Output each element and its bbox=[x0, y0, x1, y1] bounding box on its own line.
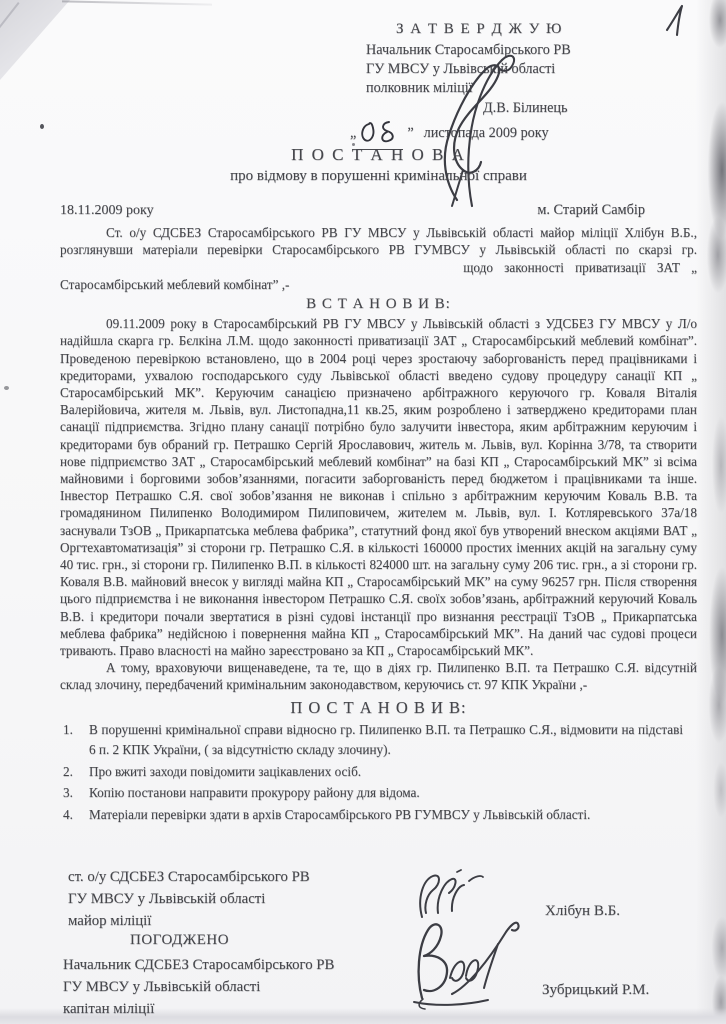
item-number: 2. bbox=[60, 762, 89, 783]
chief-position-line: ГУ МВСУ у Львівській області bbox=[63, 976, 334, 998]
intro-text-2: щодо bbox=[463, 260, 493, 275]
intro-paragraph: Ст. о/у СДСБЕЗ Старосамбірського РВ ГУ М… bbox=[60, 224, 697, 293]
ink-speck bbox=[40, 124, 44, 129]
document-place: м. Старий Самбір bbox=[537, 202, 697, 219]
resolution-heading: П О С Т А Н О В И В: bbox=[60, 699, 697, 716]
established-paragraph-1: 09.11.2009 року в Старосамбірський РВ ГУ… bbox=[60, 315, 697, 659]
officer-position-line: ГУ МВСУ у Львівській області bbox=[68, 888, 310, 910]
ink-speck bbox=[4, 386, 9, 390]
document-title-block: П О С Т А Н О В А про відмову в порушенн… bbox=[60, 145, 697, 185]
resolution-list: 1.В порушенні кримінальної справи віднос… bbox=[60, 720, 697, 826]
chief-position-line: капітан міліції bbox=[63, 998, 334, 1020]
resolution-item: 1.В порушенні кримінальної справи віднос… bbox=[60, 720, 697, 761]
date-close-quote: ” bbox=[407, 125, 413, 141]
date-month-year: листопада 2009 року bbox=[424, 125, 549, 141]
item-text: Матеріали перевірки здати в архів Старос… bbox=[89, 805, 697, 826]
handwritten-page-number-icon bbox=[664, 3, 688, 39]
approval-position-line: Начальник Старосамбірського РВ bbox=[366, 41, 656, 60]
approver-name: Д.В. Білинець bbox=[483, 99, 656, 118]
resolution-item: 4.Матеріали перевірки здати в архів Стар… bbox=[60, 805, 697, 826]
chief-name: Зубрицький Р.М. bbox=[542, 982, 649, 999]
scan-edge-smudge bbox=[696, 0, 726, 1024]
handwritten-day-icon bbox=[357, 119, 401, 143]
chief-position-line: Начальник СДСБЕЗ Старосамбірського РВ bbox=[63, 954, 334, 976]
redacted-name-gap bbox=[60, 271, 452, 272]
established-paragraph-2: А тому, враховуючи вищенаведене, та те, … bbox=[60, 659, 697, 693]
document-body: 18.11.2009 року м. Старий Самбір Ст. о/у… bbox=[60, 202, 697, 826]
intro-text-3: законності приватизації ЗАТ „ Старосамбі… bbox=[60, 260, 697, 292]
document-date: 18.11.2009 року bbox=[60, 202, 154, 219]
dateline: 18.11.2009 року м. Старий Самбір bbox=[60, 202, 697, 219]
chief-signoff-block: Начальник СДСБЕЗ Старосамбірського РВ ГУ… bbox=[63, 954, 334, 1020]
agreed-label: ПОГОДЖЕНО bbox=[130, 932, 229, 949]
officer-position-line: ст. о/у СДСБЕЗ Старосамбірського РВ bbox=[68, 866, 310, 888]
resolution-item: 2.Про вжиті заходи повідомити зацікавлен… bbox=[60, 762, 697, 783]
date-open-quote: „ bbox=[350, 125, 356, 141]
item-text: В порушенні кримінальної справи відносно… bbox=[89, 720, 697, 761]
approval-position-line: ГУ МВСУ у Львівській області bbox=[366, 60, 656, 79]
established-heading: В С Т А Н О В И В: bbox=[60, 296, 697, 313]
item-number: 4. bbox=[60, 805, 89, 826]
item-text: Про вжиті заходи повідомити зацікавлених… bbox=[89, 762, 697, 783]
resolution-item: 3.Копію постанови направити прокурору ра… bbox=[60, 783, 697, 804]
document-subtitle: про відмову в порушенні кримінальної спр… bbox=[60, 168, 697, 185]
intro-text-1: Ст. о/у СДСБЕЗ Старосамбірського РВ ГУ М… bbox=[60, 225, 697, 257]
officer-name: Хлібун В.Б. bbox=[545, 903, 620, 920]
chief-signature bbox=[408, 916, 536, 1008]
scan-crease-line bbox=[62, 0, 212, 5]
officer-position-line: майор міліції bbox=[68, 910, 310, 932]
item-number: 1. bbox=[60, 720, 89, 761]
item-text: Копію постанови направити прокурору райо… bbox=[89, 783, 697, 804]
officer-signature bbox=[415, 868, 487, 926]
approval-block: З А Т В Е Р Д Ж У Ю Начальник Старосамбі… bbox=[366, 20, 656, 150]
scanned-document-page: З А Т В Е Р Д Ж У Ю Начальник Старосамбі… bbox=[0, 0, 726, 1024]
approval-position-line: полковник міліції bbox=[366, 79, 656, 98]
item-number: 3. bbox=[60, 783, 89, 804]
approval-heading: З А Т В Е Р Д Ж У Ю bbox=[396, 20, 656, 39]
officer-signoff-block: ст. о/у СДСБЕЗ Старосамбірського РВ ГУ М… bbox=[68, 866, 310, 932]
document-title: П О С Т А Н О В А bbox=[60, 145, 697, 165]
